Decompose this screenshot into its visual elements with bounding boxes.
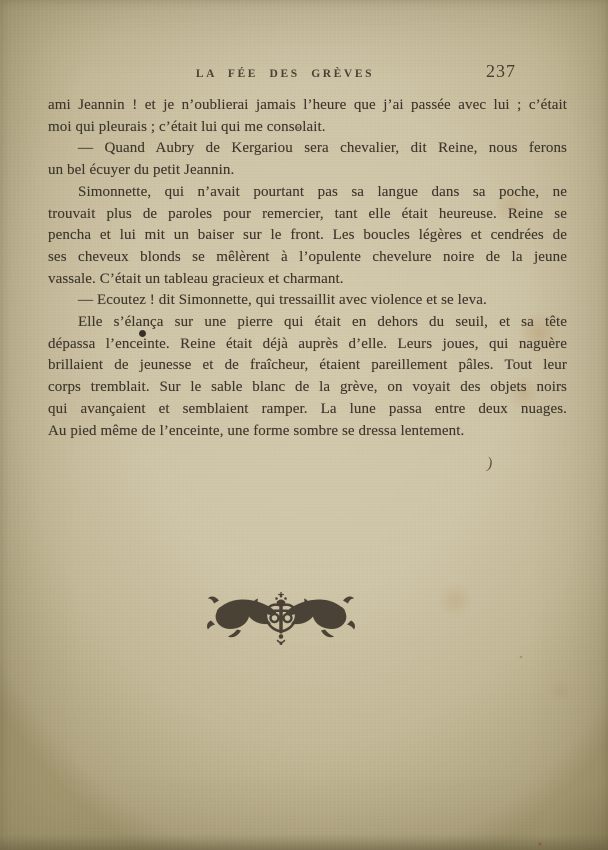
text-line: ami Jeannin ! et je n’oublierai jamais l… — [48, 95, 567, 117]
text-line: — Ecoutez ! dit Simonnette, qui tressail… — [48, 290, 567, 312]
stray-mark: ) — [485, 455, 493, 474]
running-header-title: LA FÉE DES GRÈVES — [196, 68, 374, 80]
text-line: un bel écuyer du petit Jeannin. — [48, 160, 567, 182]
text-line: corps tremblait. Sur le sable blanc de l… — [48, 377, 567, 399]
text-line: — Quand Aubry de Kergariou sera chevalie… — [48, 138, 567, 160]
text-line: dépassa l’enceinte. Reine était déjà aup… — [48, 334, 567, 356]
text-line: Elle s’élança sur une pierre qui était e… — [48, 312, 567, 334]
running-header: LA FÉE DES GRÈVES — [30, 64, 540, 82]
page-number: 237 — [486, 61, 516, 82]
text-line: Simonnette, qui n’avait pourtant pas sa … — [48, 182, 567, 204]
ink-blot — [139, 330, 146, 337]
text-line: trouvait plus de paroles pour remercier,… — [48, 204, 567, 226]
text-line: Au pied même de l’enceinte, une forme so… — [48, 421, 567, 443]
text-line: pencha et lui mit un baiser sur le front… — [48, 225, 567, 247]
body-text: ami Jeannin ! et je n’oublierai jamais l… — [48, 95, 567, 442]
printer-ornament-icon — [206, 590, 356, 647]
text-line: qui avançaient et semblaient ramper. La … — [48, 399, 567, 421]
text-line: brillaient de jeunesse et de fraîcheur, … — [48, 355, 567, 377]
book-page-scan: LA FÉE DES GRÈVES 237 ami Jeannin ! et j… — [0, 0, 608, 850]
text-line: moi qui pleurais ; c’était lui qui me co… — [48, 117, 567, 139]
text-line: ses cheveux blonds se mêlèrent à l’opule… — [48, 247, 567, 269]
text-line: vassale. C’était un tableau gracieux et … — [48, 269, 567, 291]
